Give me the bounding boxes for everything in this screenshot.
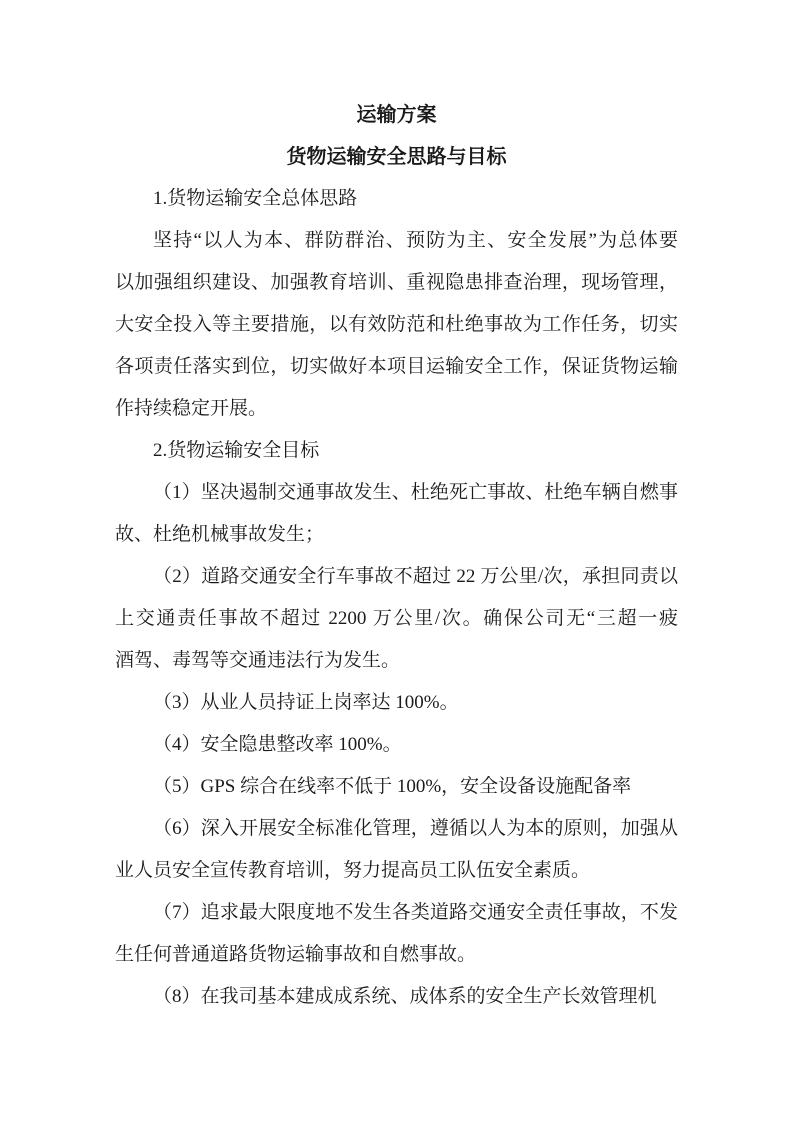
- section-1-paragraph-line: 各项责任落实到位，切实做好本项目运输安全工作，保证货物运输工: [115, 346, 678, 388]
- section-2-item-line: 酒驾、毒驾等交通违法行为发生。: [115, 640, 678, 682]
- doc-subtitle: 货物运输安全思路与目标: [115, 136, 678, 178]
- section-1-paragraph-line: 作持续稳定开展。: [115, 388, 678, 430]
- section-2-heading: 2.货物运输安全目标: [115, 430, 678, 472]
- section-2-item-line: （7）追求最大限度地不发生各类道路交通安全责任事故，不发: [115, 892, 678, 934]
- section-2-item-line: 上交通责任事故不超过 2200 万公里/次。确保公司无“三超一疲劳”、: [115, 598, 678, 640]
- section-2-item-line: 业人员安全宣传教育培训，努力提高员工队伍安全素质。: [115, 850, 678, 892]
- section-2-item-line: （3）从业人员持证上岗率达 100%。: [115, 682, 678, 724]
- document-page: 运输方案 货物运输安全思路与目标 1.货物运输安全总体思路 坚持“以人为本、群防…: [0, 0, 793, 1122]
- section-2-item-line: （1）坚决遏制交通事故发生、杜绝死亡事故、杜绝车辆自燃事: [115, 472, 678, 514]
- section-2-item-line: （4）安全隐患整改率 100%。: [115, 724, 678, 766]
- section-1-paragraph-line: 以加强组织建设、加强教育培训、重视隐患排查治理，现场管理，加: [115, 262, 678, 304]
- section-2-item-line: （2）道路交通安全行车事故不超过 22 万公里/次，承担同责以: [115, 556, 678, 598]
- section-1-paragraph-line: 大安全投入等主要措施，以有效防范和杜绝事故为工作任务，切实把: [115, 304, 678, 346]
- section-1-heading: 1.货物运输安全总体思路: [115, 178, 678, 220]
- section-2-item-line: 生任何普通道路货物运输事故和自燃事故。: [115, 934, 678, 976]
- section-1-paragraph-line: 坚持“以人为本、群防群治、预防为主、安全发展”为总体要求，: [115, 220, 678, 262]
- doc-title: 运输方案: [115, 94, 678, 136]
- section-2-item-line: （8）在我司基本建成成系统、成体系的安全生产长效管理机制。: [115, 976, 678, 1018]
- section-2-item-line: （5）GPS 综合在线率不低于 100%，安全设备设施配备率 100%。: [115, 766, 678, 808]
- section-2-item-line: 故、杜绝机械事故发生；: [115, 514, 678, 556]
- section-2-item-line: （6）深入开展安全标准化管理，遵循以人为本的原则，加强从: [115, 808, 678, 850]
